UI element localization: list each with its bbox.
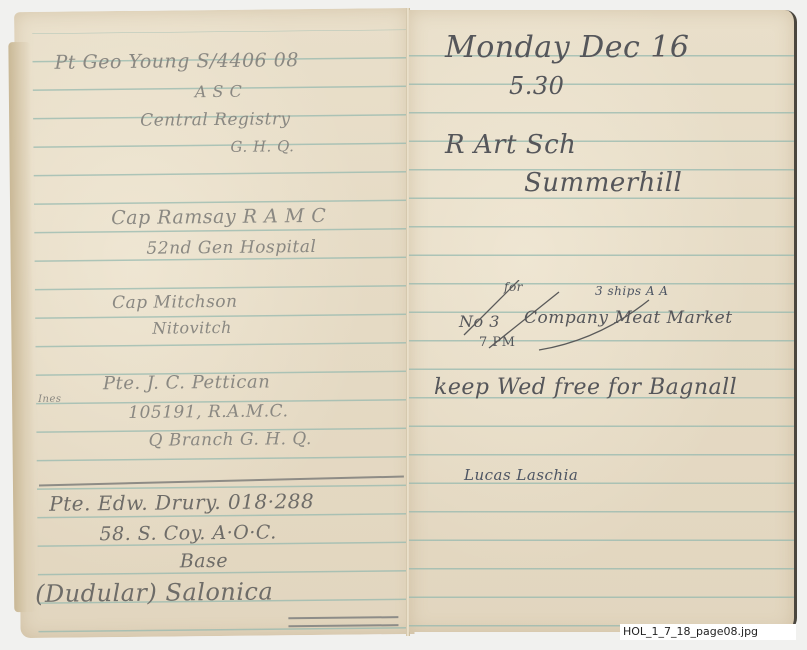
date-line: Monday Dec 16 — [445, 30, 690, 65]
entry-1-line-3: Central Registry — [140, 109, 291, 131]
place-line-2: Summerhill — [524, 168, 682, 198]
time-line: 5.30 — [509, 72, 564, 100]
signature: Lucas Laschia — [464, 466, 578, 484]
entry-5-line-4: (Dudular) Salonica — [35, 577, 273, 607]
notebook-spread: Pt Geo Young S/4406 08 A S C Central Reg… — [0, 0, 807, 650]
left-page: Pt Geo Young S/4406 08 A S C Central Reg… — [14, 8, 415, 638]
entry-1-line-1: Pt Geo Young S/4406 08 — [54, 49, 299, 74]
place-line-1: R Art Sch — [445, 130, 576, 160]
entry-4-line-3: Q Branch G. H. Q. — [148, 429, 312, 451]
double-underline — [288, 616, 398, 627]
entry-5-line-3: Base — [180, 550, 229, 573]
entry-2-line-1: Cap Ramsay R A M C — [111, 205, 326, 229]
entry-2-line-2: 52nd Gen Hospital — [146, 237, 316, 259]
divider-line — [39, 476, 404, 486]
right-page: Monday Dec 16 5.30 R Art Sch Summerhill … — [409, 10, 797, 632]
entry-1-line-2: A S C — [195, 82, 243, 101]
entry-4-line-1: Pte. J. C. Pettican — [103, 371, 271, 394]
crossed-out-note: for 3 ships A A No 3 Company Meat Market… — [449, 280, 789, 360]
entry-1-line-4: G. H. Q. — [230, 137, 294, 156]
entry-3-line-2: Nitovitch — [152, 318, 232, 338]
note-line: keep Wed free for Bagnall — [434, 375, 737, 400]
entry-5-line-1: Pte. Edw. Drury. 018·288 — [49, 489, 314, 516]
entry-5-line-2: 58. S. Coy. A·O·C. — [99, 521, 276, 545]
entry-4-line-2: 105191, R.A.M.C. — [128, 401, 288, 423]
strikethrough-strokes — [449, 280, 789, 360]
entry-3-line-1: Cap Mitchson — [112, 292, 238, 313]
filename-label: HOL_1_7_18_page08.jpg — [620, 624, 796, 640]
entry-4-margin-note: Ines — [38, 394, 62, 405]
